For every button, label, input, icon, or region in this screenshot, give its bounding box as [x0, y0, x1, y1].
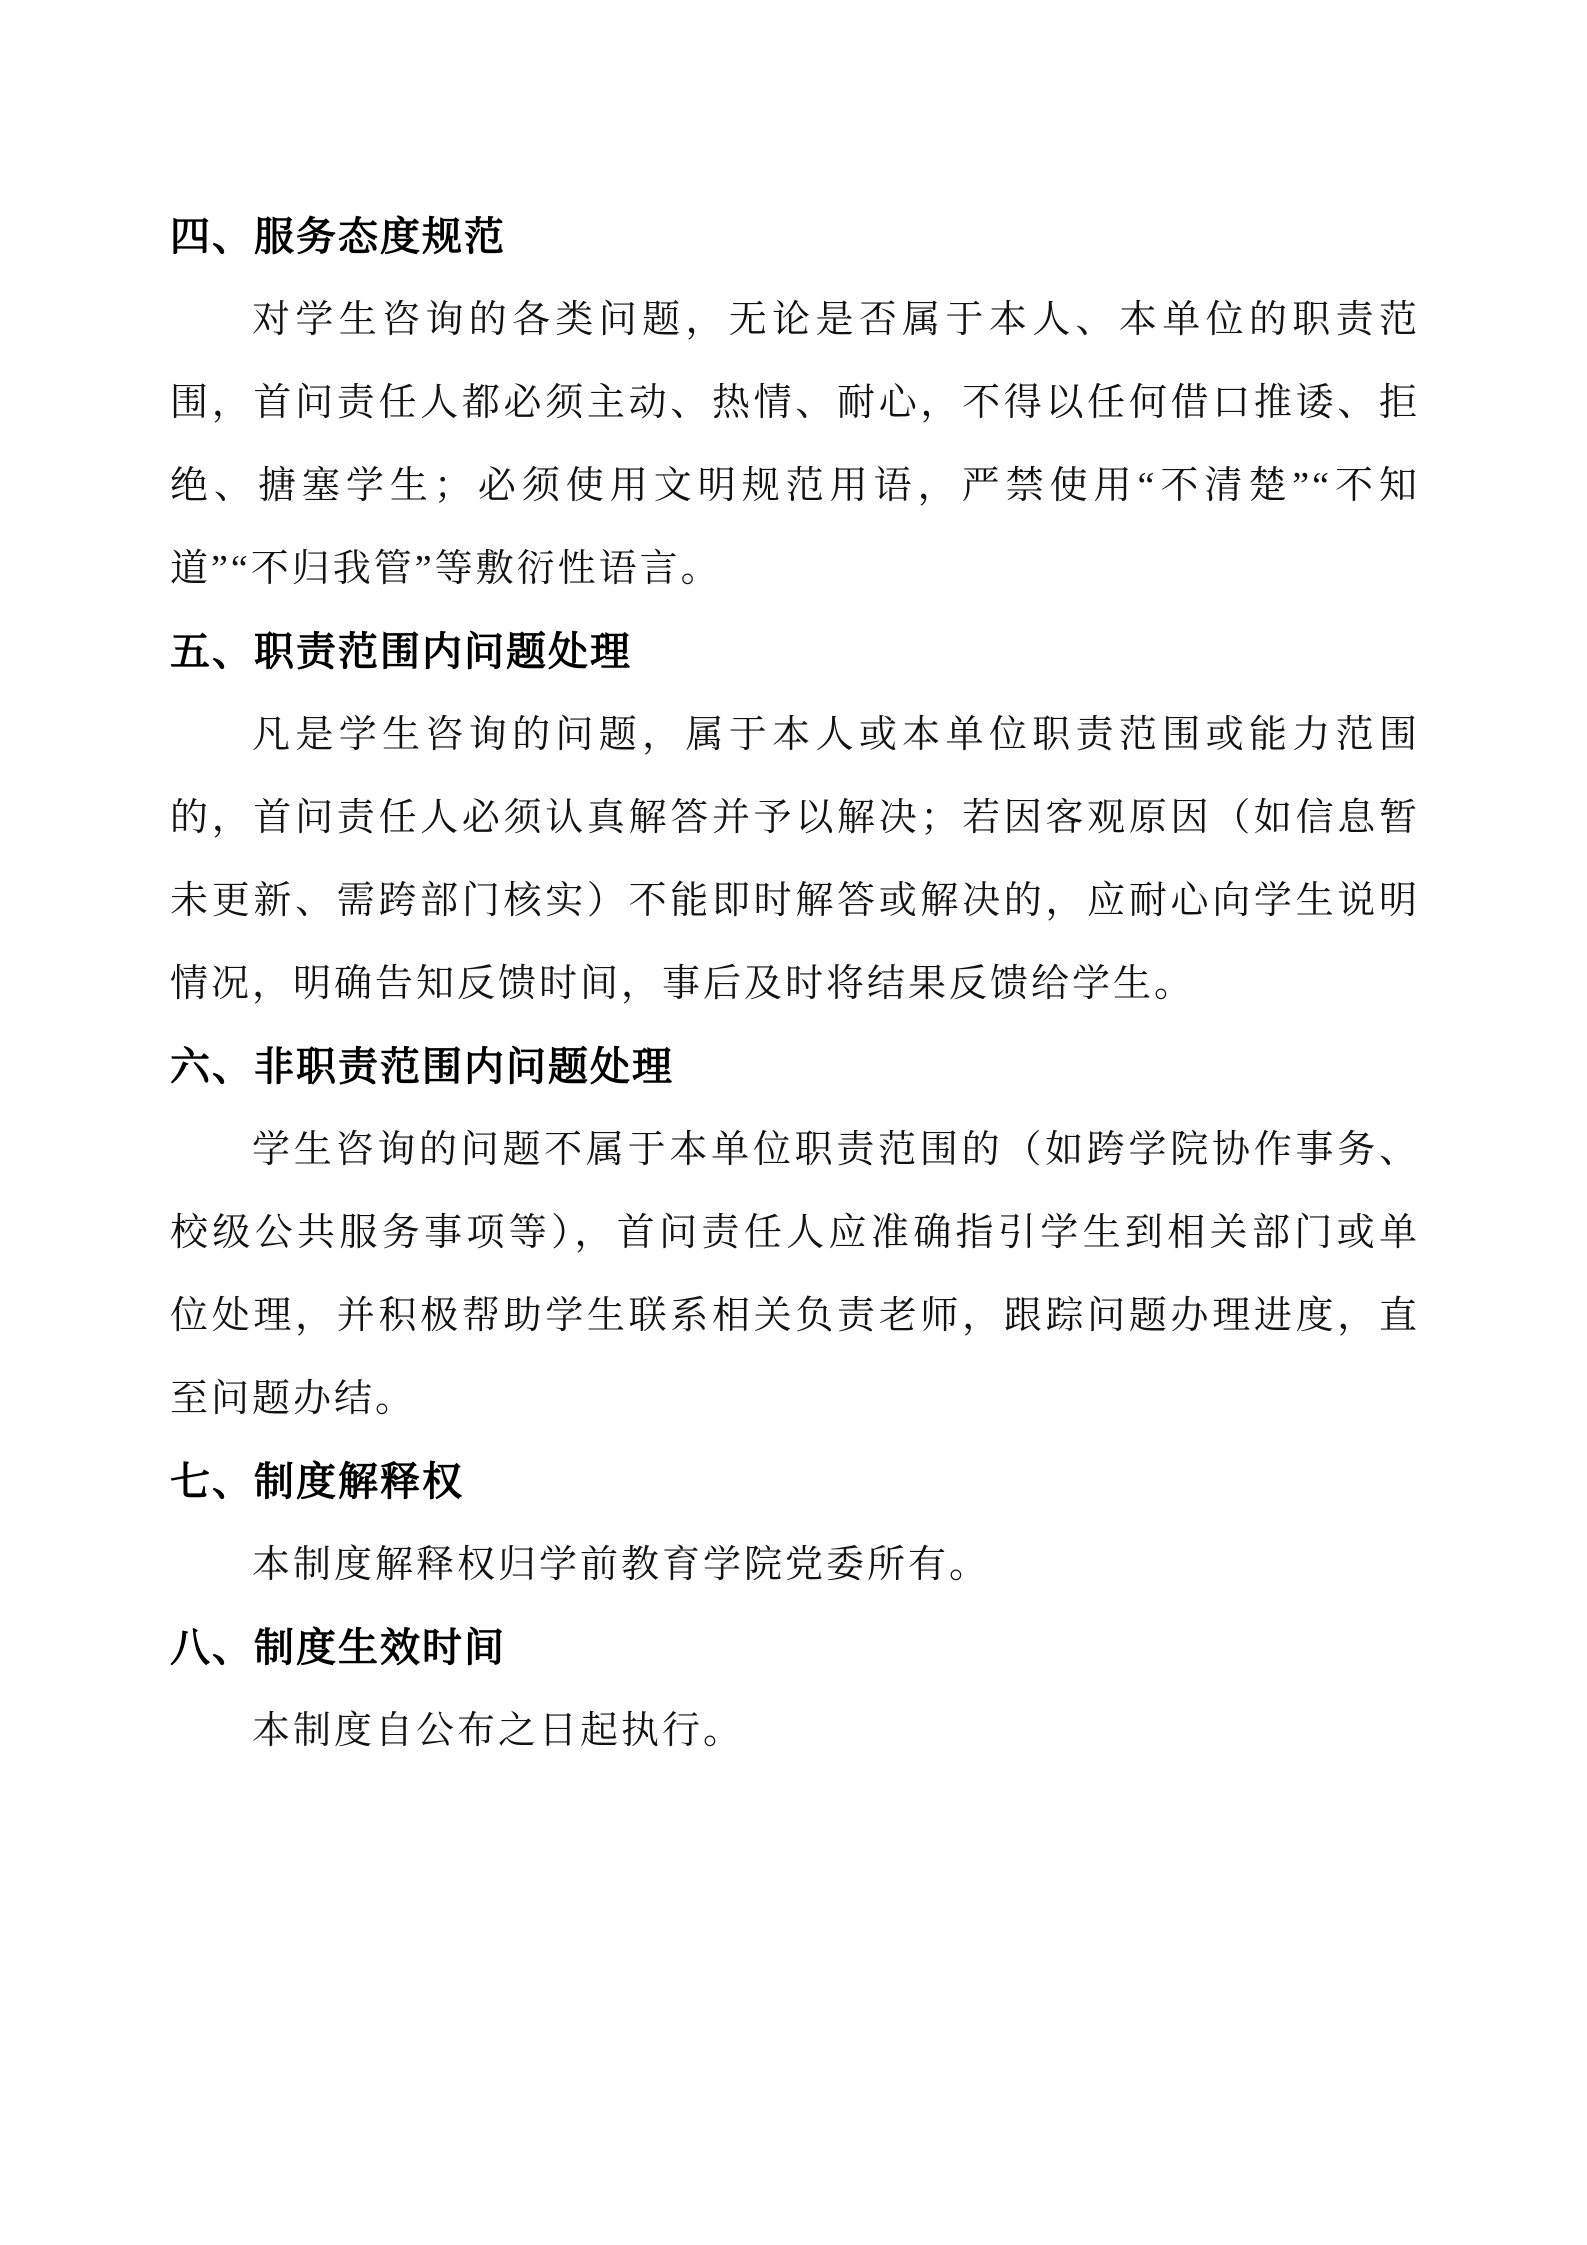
section-in-scope-handling: 五、职责范围内问题处理 凡是学生咨询的问题，属于本人或本单位职责范围或能力范围的… [170, 611, 1420, 1026]
section-heading: 七、制度解释权 [170, 1441, 1420, 1524]
section-out-of-scope-handling: 六、非职责范围内问题处理 学生咨询的问题不属于本单位职责范围的（如跨学院协作事务… [170, 1026, 1420, 1441]
section-paragraph: 对学生咨询的各类问题，无论是否属于本人、本单位的职责范围，首问责任人都必须主动、… [170, 279, 1420, 611]
section-heading: 八、制度生效时间 [170, 1607, 1420, 1690]
section-paragraph: 本制度自公布之日起执行。 [170, 1690, 1420, 1773]
section-heading: 六、非职责范围内问题处理 [170, 1026, 1420, 1109]
section-interpretation-right: 七、制度解释权 本制度解释权归学前教育学院党委所有。 [170, 1441, 1420, 1607]
section-heading: 四、服务态度规范 [170, 196, 1420, 279]
section-service-attitude: 四、服务态度规范 对学生咨询的各类问题，无论是否属于本人、本单位的职责范围，首问… [170, 196, 1420, 611]
section-paragraph: 学生咨询的问题不属于本单位职责范围的（如跨学院协作事务、校级公共服务事项等），首… [170, 1109, 1420, 1441]
document-page: 四、服务态度规范 对学生咨询的各类问题，无论是否属于本人、本单位的职责范围，首问… [0, 0, 1587, 2245]
section-heading: 五、职责范围内问题处理 [170, 611, 1420, 694]
document-content: 四、服务态度规范 对学生咨询的各类问题，无论是否属于本人、本单位的职责范围，首问… [0, 0, 1587, 1773]
section-paragraph: 本制度解释权归学前教育学院党委所有。 [170, 1524, 1420, 1607]
section-paragraph: 凡是学生咨询的问题，属于本人或本单位职责范围或能力范围的，首问责任人必须认真解答… [170, 694, 1420, 1026]
section-effective-date: 八、制度生效时间 本制度自公布之日起执行。 [170, 1607, 1420, 1773]
